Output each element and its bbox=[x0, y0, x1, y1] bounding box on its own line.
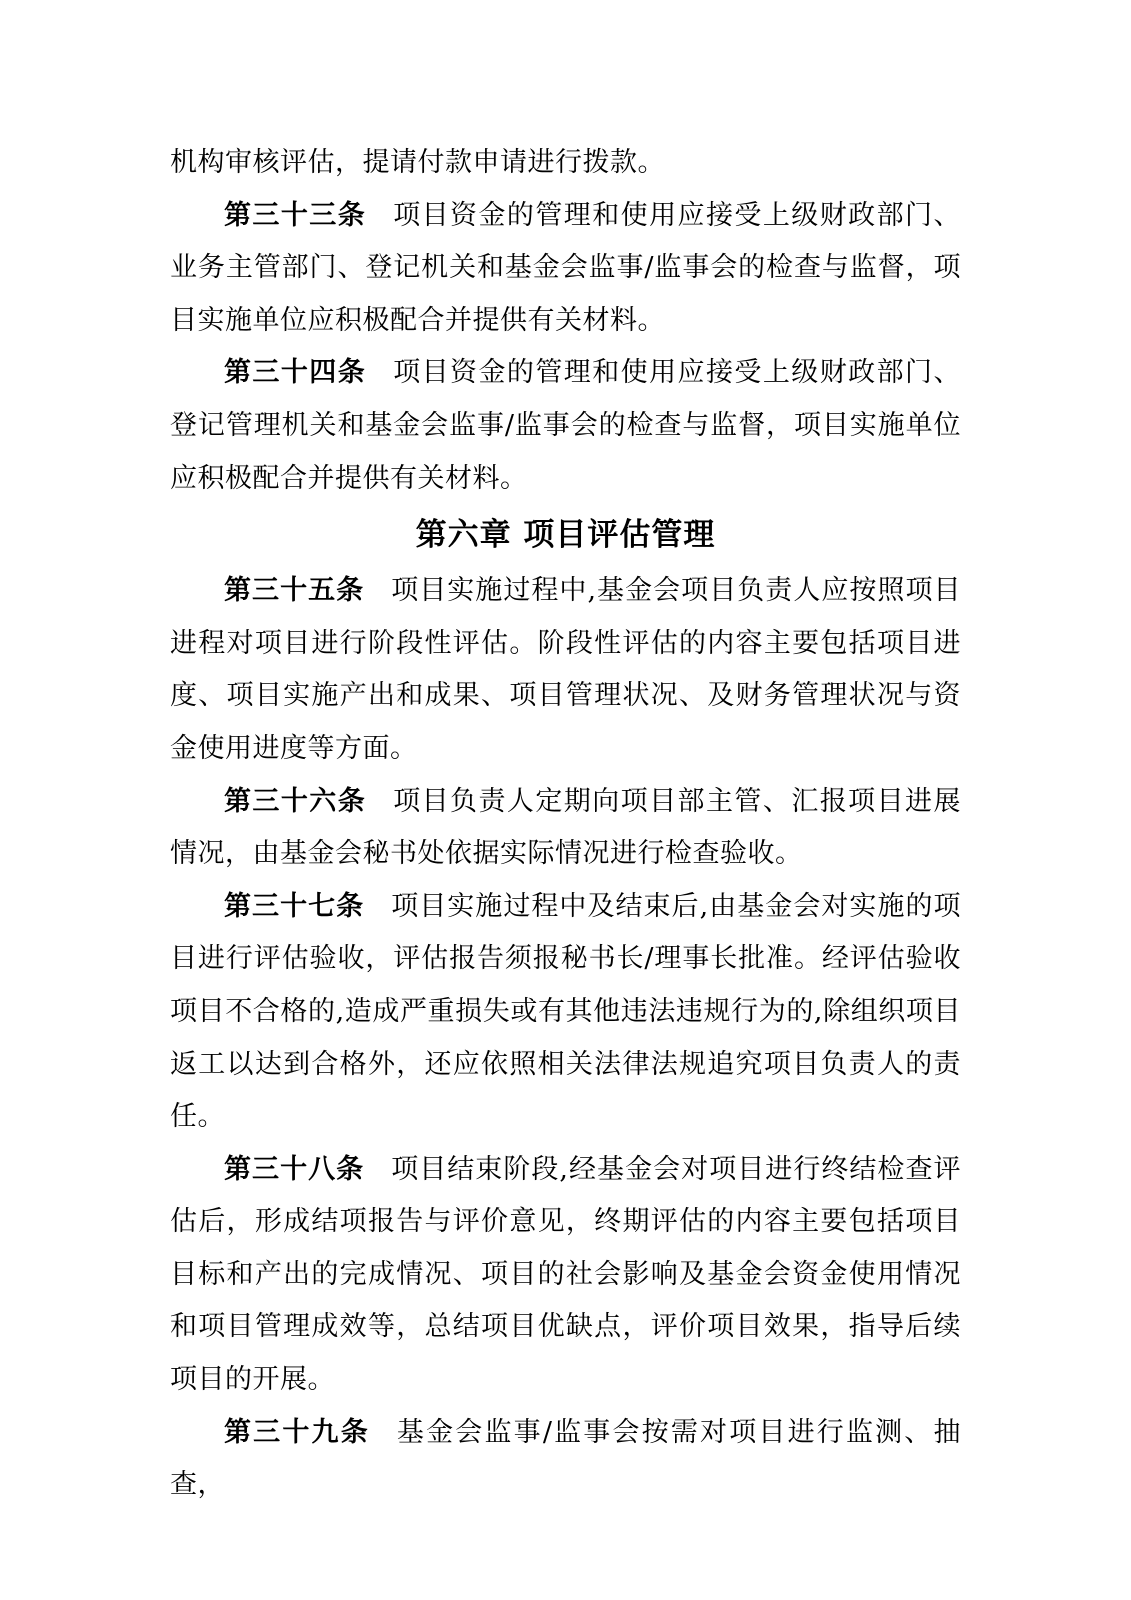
chapter-heading: 第六章 项目评估管理 bbox=[170, 505, 961, 565]
article-text: 项目结束阶段,经基金会对项目进行终结检查评估后，形成结项报告与评价意见，终期评估… bbox=[170, 1154, 961, 1395]
document-page: 机构审核评估，提请付款申请进行拨款。 第三十三条项目资金的管理和使用应接受上级财… bbox=[0, 0, 1131, 1600]
paragraph-article-33: 第三十三条项目资金的管理和使用应接受上级财政部门、业务主管部门、登记机关和基金会… bbox=[170, 190, 961, 348]
article-number: 第三十七条 bbox=[224, 891, 364, 922]
article-text: 项目实施过程中及结束后,由基金会对实施的项目进行评估验收，评估报告须报秘书长/理… bbox=[170, 891, 961, 1132]
paragraph-article-38: 第三十八条项目结束阶段,经基金会对项目进行终结检查评估后，形成结项报告与评价意见… bbox=[170, 1144, 961, 1407]
paragraph-article-39: 第三十九条基金会监事/监事会按需对项目进行监测、抽查， bbox=[170, 1407, 961, 1512]
document-body: 机构审核评估，提请付款申请进行拨款。 第三十三条项目资金的管理和使用应接受上级财… bbox=[170, 137, 961, 1512]
paragraph-article-34: 第三十四条项目资金的管理和使用应接受上级财政部门、登记管理机关和基金会监事/监事… bbox=[170, 347, 961, 505]
article-number: 第三十三条 bbox=[224, 200, 366, 231]
paragraph-continuation: 机构审核评估，提请付款申请进行拨款。 bbox=[170, 137, 961, 190]
article-number: 第三十八条 bbox=[224, 1154, 364, 1185]
paragraph-article-37: 第三十七条项目实施过程中及结束后,由基金会对实施的项目进行评估验收，评估报告须报… bbox=[170, 881, 961, 1144]
continuation-text: 机构审核评估，提请付款申请进行拨款。 bbox=[170, 147, 665, 178]
article-number: 第三十六条 bbox=[224, 786, 366, 817]
article-number: 第三十九条 bbox=[224, 1417, 370, 1448]
article-number: 第三十四条 bbox=[224, 357, 366, 388]
paragraph-article-35: 第三十五条项目实施过程中,基金会项目负责人应按照项目进程对项目进行阶段性评估。阶… bbox=[170, 565, 961, 775]
paragraph-article-36: 第三十六条项目负责人定期向项目部主管、汇报项目进展情况，由基金会秘书处依据实际情… bbox=[170, 776, 961, 881]
article-number: 第三十五条 bbox=[224, 575, 364, 606]
